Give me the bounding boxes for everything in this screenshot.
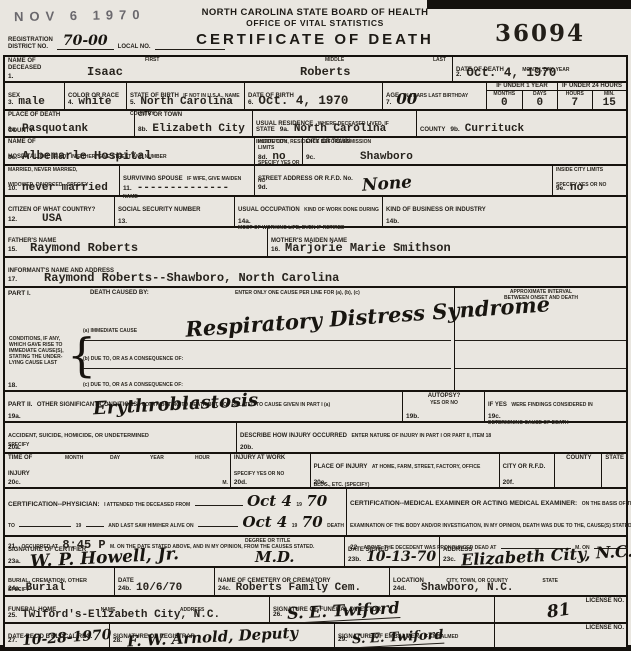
name-field-number: 1. bbox=[8, 73, 13, 80]
field-embalmer-license: LICENSE NO. bbox=[495, 624, 626, 647]
field-if-under-24-hours: IF UNDER 24 HOURS HOURS 7 MIN. 15 bbox=[558, 83, 626, 109]
field-funeral-director-signature: SIGNATURE OF FUNERAL DIRECTOR 26. S. E. … bbox=[270, 597, 495, 622]
alive-on-blank bbox=[198, 526, 238, 527]
field-date-received: DATE REC'D BY LOCAL REG. 27. 10-28-1970 bbox=[5, 624, 110, 647]
me-line-2: EXAMINATION OF THE BODY AND/OR INVESTIGA… bbox=[350, 514, 631, 532]
certificate-title: CERTIFICATE OF DEATH bbox=[150, 31, 480, 48]
row-hospital: NAME OF HOSPITAL OR IF NOT IN EITHER, GI… bbox=[5, 138, 626, 166]
autopsy-sublabel: YES OR NO bbox=[406, 400, 482, 406]
field-residence-state: USUAL RESIDENCE WHERE DECEASED LIVED. IF… bbox=[253, 111, 417, 136]
place-of-injury-label: PLACE OF INJURY bbox=[314, 464, 368, 470]
to-year-blank bbox=[86, 526, 104, 527]
one-cause-note: ENTER ONLY ONE CAUSE PER LINE FOR (a), (… bbox=[235, 290, 360, 296]
part2-number: 19a. bbox=[8, 413, 21, 420]
time-of-injury-label-2: INJURY bbox=[8, 471, 30, 477]
part1-number: 18. bbox=[8, 382, 17, 389]
name-label-2: DECEASED bbox=[8, 65, 450, 72]
field-age: AGE IN YEARS LAST BIRTHDAY 7. 00 bbox=[383, 83, 487, 109]
office-subtitle: OFFICE OF VITAL STATISTICS bbox=[150, 18, 480, 28]
conditions-brace bbox=[67, 328, 96, 382]
m-label: M. bbox=[222, 480, 228, 486]
field-citizen: CITIZEN OF WHAT COUNTRY? 12. USA bbox=[5, 197, 115, 226]
race-value: white bbox=[78, 96, 111, 108]
hours-cell: HOURS 7 bbox=[558, 91, 593, 109]
location-number: 24d. bbox=[393, 585, 406, 592]
hours-value: 7 bbox=[558, 97, 592, 109]
cemetery-value: Roberts Family Cem. bbox=[236, 582, 361, 594]
field-mother-name: MOTHER'S MAIDEN NAME 16. Marjorie Marie … bbox=[268, 228, 626, 256]
under-1-year-columns: MONTHS 0 DAYS 0 bbox=[487, 91, 557, 109]
field-residence-county: COUNTY 9b. Currituck bbox=[417, 111, 626, 136]
field-residence-city: CITY OR TOWN 9c. Shawboro bbox=[303, 138, 626, 164]
conditions-note: CONDITIONS, IF ANY, WHICH GAVE RISE TO I… bbox=[9, 336, 67, 366]
director-license-value: 81 bbox=[546, 599, 572, 622]
field-injury-county: COUNTY bbox=[555, 454, 602, 487]
accident-sublabel: SPECIFY bbox=[8, 442, 234, 448]
field-surviving-spouse: SURVIVING SPOUSE IF WIFE, GIVE MAIDEN NA… bbox=[120, 166, 255, 195]
min-cell: MIN. 15 bbox=[593, 91, 627, 109]
residence-county-label: COUNTY bbox=[420, 127, 445, 134]
registration-district-value: 70-00 bbox=[57, 33, 114, 50]
physician-line-1: CERTIFICATION--PHYSICIAN: I ATTENDED THE… bbox=[8, 492, 344, 511]
funeral-director-value: S. E. Twiford bbox=[287, 598, 401, 624]
part2-value: Erythroblastosis bbox=[93, 390, 259, 420]
death-caused-by-label: DEATH CAUSED BY: bbox=[90, 290, 149, 297]
field-time-of-injury: TIME OF INJURY MONTH DAY YEAR HOUR 20c. … bbox=[5, 454, 231, 487]
field-occupation: USUAL OCCUPATION KIND OF WORK DONE DURIN… bbox=[235, 197, 383, 226]
field-approximate-interval: APPROXIMATE INTERVAL BETWEEN ONSET AND D… bbox=[454, 288, 626, 390]
death-certificate-document: NOV 6 1970 REGISTRATION DISTRICT NO. 70-… bbox=[0, 0, 631, 651]
burial-date-value: 10/6/70 bbox=[136, 582, 182, 594]
attended-from-blank bbox=[195, 505, 243, 506]
interval-line-b bbox=[455, 368, 626, 369]
row-time-of-injury: TIME OF INJURY MONTH DAY YEAR HOUR 20c. … bbox=[5, 454, 626, 489]
field-date-of-death: DATE OF DEATH MONTH, DAY, YEAR 2. Oct. 4… bbox=[453, 57, 626, 81]
registrar-signature-number: 28. bbox=[113, 637, 122, 644]
alive-on-19: 19 bbox=[292, 523, 298, 529]
field-residence-inside-city-limits: INSIDE CITY LIMITS SPECIFY YES OR NO 9e.… bbox=[553, 166, 626, 195]
residence-city-label: CITY OR TOWN bbox=[306, 139, 624, 146]
alive-on-year: 70 bbox=[302, 513, 323, 531]
date-of-death-number: 2. bbox=[456, 71, 461, 78]
row-burial: BURIAL, CREMATION, OTHER SPECIFY 24a. Bu… bbox=[5, 568, 626, 597]
place-of-injury-number: 20e. bbox=[314, 479, 327, 486]
month-label: MONTH bbox=[65, 455, 83, 461]
field-autopsy-findings: IF YES WERE FINDINGS CONSIDERED IN DETER… bbox=[485, 392, 626, 421]
state-of-birth-number: 5. bbox=[130, 99, 135, 106]
age-value: 00 bbox=[396, 90, 417, 108]
row-citizen: CITIZEN OF WHAT COUNTRY? 12. USA SOCIAL … bbox=[5, 197, 626, 228]
due-to-b-line bbox=[83, 368, 451, 369]
sex-value: male bbox=[18, 96, 44, 108]
field-sex: SEX 3. male bbox=[5, 83, 65, 109]
field-injury-state: STATE bbox=[602, 454, 626, 487]
field-embalmer-signature: SIGNATURE OF EMBALMER IF EMBALMED 29. S.… bbox=[335, 624, 495, 647]
min-value: 15 bbox=[593, 97, 627, 109]
residence-county-number: 9b. bbox=[450, 126, 459, 133]
field-burial-location: LOCATION CITY, TOWN, OR COUNTY STATE 24d… bbox=[390, 568, 626, 595]
spouse-number: 11. bbox=[123, 185, 132, 192]
residence-icl-label: INSIDE CITY LIMITS bbox=[556, 167, 624, 173]
spouse-value: -------------- bbox=[137, 182, 229, 194]
certifier-address-number: 23c. bbox=[443, 556, 456, 563]
field-autopsy: AUTOPSY? YES OR NO 19b. bbox=[403, 392, 485, 421]
residence-icl-value: no bbox=[570, 182, 583, 194]
field-ssn: SOCIAL SECURITY NUMBER 13. bbox=[115, 197, 235, 226]
degree-value: M.D. bbox=[255, 548, 295, 566]
marital-number: 10. bbox=[8, 185, 17, 192]
degree-label: DEGREE OR TITLE bbox=[245, 538, 290, 544]
mother-name-value: Marjorie Marie Smithson bbox=[285, 241, 451, 255]
to-blank bbox=[19, 526, 71, 527]
injury-city-number: 20f. bbox=[503, 479, 514, 486]
informant-number: 17. bbox=[8, 276, 17, 283]
field-pod-city: CITY OR TOWN 8b. Elizabeth City bbox=[135, 111, 253, 136]
field-industry: KIND OF BUSINESS OR INDUSTRY 14b. bbox=[383, 197, 626, 226]
residence-icl-number: 9e. bbox=[556, 185, 565, 192]
attended-from-19: 19 bbox=[296, 502, 302, 508]
field-father-name: FATHER'S NAME 15. Raymond Roberts bbox=[5, 228, 268, 256]
field-marital-status: MARRIED, NEVER MARRIED, WIDOWED, DIVORCE… bbox=[5, 166, 120, 195]
certificate-form: NAME OF DECEASED FIRST MIDDLE LAST 1. Is… bbox=[3, 55, 628, 649]
field-hospital-inside-city-limits: INSIDE CITY LIMITS SPECIFY YES OR NO 8d.… bbox=[255, 138, 303, 164]
findings-label: IF YES bbox=[488, 402, 507, 408]
ssn-number: 13. bbox=[118, 218, 127, 225]
embalmer-signature-number: 29. bbox=[338, 636, 347, 643]
days-cell: DAYS 0 bbox=[523, 91, 558, 109]
occupation-label: USUAL OCCUPATION bbox=[238, 207, 300, 213]
row-certifier-signature: SIGNATURE OF CERTIFIER DEGREE OR TITLE 2… bbox=[5, 537, 626, 568]
field-director-license: LICENSE NO. 81 bbox=[495, 597, 626, 622]
date-of-birth-number: 6. bbox=[248, 99, 253, 106]
father-name-number: 15. bbox=[8, 246, 17, 253]
accident-label: ACCIDENT, SUICIDE, HOMICIDE, OR UNDETERM… bbox=[8, 433, 149, 439]
injury-at-work-sublabel: SPECIFY YES OR NO bbox=[234, 471, 284, 477]
field-cemetery: NAME OF CEMETERY OR CREMATORY 24c. Rober… bbox=[215, 568, 390, 595]
row-part2: PART II. OTHER SIGNIFICANT CONDITIONS CO… bbox=[5, 392, 626, 423]
industry-label: KIND OF BUSINESS OR INDUSTRY bbox=[386, 207, 486, 213]
field-date-of-birth: DATE OF BIRTH 6. Oct. 4, 1970 bbox=[245, 83, 383, 109]
ssn-label: SOCIAL SECURITY NUMBER bbox=[118, 207, 200, 213]
hospital-number: 8c. bbox=[8, 154, 17, 161]
certification-physician-label: CERTIFICATION--PHYSICIAN: bbox=[8, 501, 100, 508]
first-name-value: Isaac bbox=[87, 65, 123, 79]
hospital-icl-label: INSIDE CITY LIMITS bbox=[258, 139, 300, 151]
row-accident: ACCIDENT, SUICIDE, HOMICIDE, OR UNDETERM… bbox=[5, 423, 626, 454]
field-certifier-address: ADDRESS 23c. Elizabeth City, N.C. bbox=[440, 537, 626, 566]
months-cell: MONTHS 0 bbox=[487, 91, 523, 109]
attended-from-label: I ATTENDED THE DECEASED FROM bbox=[104, 502, 190, 508]
sex-number: 3. bbox=[8, 99, 13, 106]
day-label: DAY bbox=[110, 455, 120, 461]
field-burial-date: DATE 24b. 10/6/70 bbox=[115, 568, 215, 595]
age-number: 7. bbox=[386, 99, 391, 106]
field-state-of-birth: STATE OF BIRTH IF NOT IN U.S.A., NAME CO… bbox=[127, 83, 245, 109]
registration-label-line2: DISTRICT NO. bbox=[8, 44, 53, 51]
date-of-birth-value: Oct. 4, 1970 bbox=[258, 94, 348, 108]
describe-injury-number: 20b. bbox=[240, 444, 253, 451]
me-basis-label: ON THE BASIS OF THE bbox=[582, 501, 631, 507]
field-date-signed: DATE SIGNED 23b. 10-13-70 bbox=[345, 537, 440, 566]
hospital-label-1: NAME OF bbox=[8, 139, 252, 145]
part2-label: PART II. bbox=[8, 401, 32, 408]
pod-city-number: 8b. bbox=[138, 126, 147, 133]
cemetery-number: 24c. bbox=[218, 585, 231, 592]
certification-me-label: CERTIFICATION--MEDICAL EXAMINER OR ACTIN… bbox=[350, 500, 577, 507]
burial-number: 24a. bbox=[8, 585, 21, 592]
row-registrar: DATE REC'D BY LOCAL REG. 27. 10-28-1970 … bbox=[5, 624, 626, 647]
row-place-of-death: PLACE OF DEATH COUNTY 8a. Pasquotank CIT… bbox=[5, 111, 626, 138]
date-received-value: 10-28-1970 bbox=[22, 627, 112, 649]
registration-district-label: REGISTRATION DISTRICT NO. bbox=[8, 37, 53, 50]
field-place-of-injury: PLACE OF INJURY AT HOME, FARM, STREET, F… bbox=[311, 454, 500, 487]
residence-city-number: 9c. bbox=[306, 154, 315, 161]
field-certifier-signature: SIGNATURE OF CERTIFIER DEGREE OR TITLE 2… bbox=[5, 537, 345, 566]
street-address-number: 9d. bbox=[258, 184, 267, 191]
row-name: NAME OF DECEASED FIRST MIDDLE LAST 1. Is… bbox=[5, 57, 626, 83]
last-saw-label: AND LAST SAW HIM/HER ALIVE ON bbox=[108, 523, 193, 529]
father-name-value: Raymond Roberts bbox=[30, 241, 138, 255]
field-race: COLOR OR RACE 4. white bbox=[65, 83, 127, 109]
date-signed-number: 23b. bbox=[348, 556, 361, 563]
received-date-stamp: NOV 6 1970 bbox=[14, 7, 146, 24]
burial-value: Burial bbox=[26, 582, 66, 594]
under-24-hours-columns: HOURS 7 MIN. 15 bbox=[558, 91, 626, 109]
part1-label: PART I. bbox=[8, 290, 31, 297]
row-part1: PART I. DEATH CAUSED BY: ENTER ONLY ONE … bbox=[5, 288, 626, 392]
under-1-year-label: IF UNDER 1 YEAR bbox=[487, 83, 557, 91]
location-value: Shawboro, N.C. bbox=[421, 582, 513, 594]
to-19: 19 bbox=[76, 523, 82, 529]
me-line-1: CERTIFICATION--MEDICAL EXAMINER OR ACTIN… bbox=[350, 492, 631, 510]
immediate-cause-line bbox=[83, 340, 451, 341]
middle-column-label: MIDDLE bbox=[325, 57, 344, 63]
date-signed-value: 10-13-70 bbox=[366, 549, 436, 565]
header-center: NORTH CAROLINA STATE BOARD OF HEALTH OFF… bbox=[150, 7, 480, 48]
due-to-c-label: (c) DUE TO, OR AS A CONSEQUENCE OF: bbox=[83, 382, 183, 388]
citizen-number: 12. bbox=[8, 216, 17, 223]
injury-state-label: STATE bbox=[605, 455, 624, 462]
hospital-icl-value: no bbox=[272, 151, 285, 163]
informant-value: Raymond Roberts--Shawboro, North Carolin… bbox=[44, 271, 339, 285]
date-received-number: 27. bbox=[8, 637, 17, 644]
certifier-signature-number: 23a. bbox=[8, 558, 21, 565]
field-pod-county: PLACE OF DEATH COUNTY 8a. Pasquotank bbox=[5, 111, 135, 136]
pod-city-label: CITY OR TOWN bbox=[138, 112, 250, 119]
pod-county-value: Pasquotank bbox=[22, 123, 88, 135]
interval-label-2: BETWEEN ONSET AND DEATH bbox=[458, 295, 624, 301]
injury-at-work-label: INJURY AT WORK bbox=[234, 455, 308, 462]
injury-county-label: COUNTY bbox=[558, 455, 599, 462]
row-marital: MARRIED, NEVER MARRIED, WIDOWED, DIVORCE… bbox=[5, 166, 626, 197]
field-registrar-signature: SIGNATURE OF REGISTRAR 28. F. W. Arnold,… bbox=[110, 624, 335, 647]
embalmer-license-label: LICENSE NO. bbox=[498, 625, 624, 632]
row-parents: FATHER'S NAME 15. Raymond Roberts MOTHER… bbox=[5, 228, 626, 258]
industry-number: 14b. bbox=[386, 218, 399, 225]
me-text-label: EXAMINATION OF THE BODY AND/OR INVESTIGA… bbox=[350, 523, 631, 529]
row-certification: CERTIFICATION--PHYSICIAN: I ATTENDED THE… bbox=[5, 489, 626, 537]
last-column-label: LAST bbox=[433, 57, 446, 63]
local-no-label: LOCAL NO. bbox=[118, 44, 151, 51]
location-sublabel-2: STATE bbox=[542, 578, 558, 584]
marital-label-1: MARRIED, NEVER MARRIED, bbox=[8, 167, 117, 173]
injury-city-label: CITY OR R.F.D. bbox=[503, 464, 546, 470]
attended-from-year: 70 bbox=[306, 492, 327, 510]
attended-from-value: Oct 4 bbox=[247, 492, 292, 510]
residence-city-value: Shawboro bbox=[360, 151, 413, 163]
hour-label: HOUR bbox=[195, 455, 210, 461]
funeral-home-value: Twiford's-Elizabeth City, N.C. bbox=[22, 609, 220, 621]
field-certification-medical-examiner: CERTIFICATION--MEDICAL EXAMINER OR ACTIN… bbox=[347, 489, 631, 535]
occupation-number: 14a. bbox=[238, 218, 251, 225]
field-street-address: STREET ADDRESS OR R.F.D. No. 9d. None bbox=[255, 166, 553, 195]
conditions-note-5: LYING CAUSE LAST bbox=[9, 360, 67, 366]
due-to-b-label: (b) DUE TO, OR AS A CONSEQUENCE OF: bbox=[83, 356, 183, 362]
months-value: 0 bbox=[487, 97, 522, 109]
alive-on-value: Oct 4 bbox=[243, 513, 288, 531]
physician-line-2: TO 19 AND LAST SAW HIM/HER ALIVE ON Oct … bbox=[8, 513, 344, 532]
residence-state-number: 9a. bbox=[280, 126, 289, 133]
hospital-icl-number: 8d. bbox=[258, 154, 267, 161]
describe-injury-label: DESCRIBE HOW INJURY OCCURRED bbox=[240, 433, 347, 439]
field-hospital: NAME OF HOSPITAL OR IF NOT IN EITHER, GI… bbox=[5, 138, 255, 164]
field-part1-causes: PART I. DEATH CAUSED BY: ENTER ONLY ONE … bbox=[5, 288, 454, 390]
field-name-of-deceased: NAME OF DECEASED FIRST MIDDLE LAST 1. Is… bbox=[5, 57, 453, 81]
accident-number: 20a. bbox=[8, 444, 21, 451]
row-funeral-home: FUNERAL HOME NAME ADDRESS 25. Twiford's-… bbox=[5, 597, 626, 624]
street-address-value: None bbox=[362, 172, 413, 195]
year-label: YEAR bbox=[150, 455, 164, 461]
pod-city-value: Elizabeth City bbox=[152, 123, 244, 135]
hospital-value: Albemarle Hospital bbox=[22, 149, 152, 163]
field-describe-injury: DESCRIBE HOW INJURY OCCURRED ENTER NATUR… bbox=[237, 423, 626, 452]
days-value: 0 bbox=[523, 97, 558, 109]
burial-date-number: 24b. bbox=[118, 585, 131, 592]
residence-county-value: Currituck bbox=[465, 123, 524, 135]
field-funeral-home: FUNERAL HOME NAME ADDRESS 25. Twiford's-… bbox=[5, 597, 270, 622]
residence-state-value: North Carolina bbox=[294, 123, 386, 135]
registrar-signature-value: F. W. Arnold, Deputy bbox=[127, 624, 299, 651]
autopsy-number: 19b. bbox=[406, 413, 419, 420]
funeral-home-number: 25. bbox=[8, 612, 17, 619]
death-word: DEATH bbox=[327, 523, 344, 529]
citizen-value: USA bbox=[42, 213, 62, 225]
field-informant: INFORMANT'S NAME AND ADDRESS 17. Raymond… bbox=[5, 258, 626, 286]
mother-name-number: 16. bbox=[271, 246, 280, 253]
to-label: TO bbox=[8, 523, 15, 529]
time-of-injury-number: 20c. bbox=[8, 479, 21, 486]
certificate-number: 36094 bbox=[495, 20, 585, 47]
residence-state-label: STATE bbox=[256, 127, 275, 134]
field-burial-type: BURIAL, CREMATION, OTHER SPECIFY 24a. Bu… bbox=[5, 568, 115, 595]
place-of-death-label: PLACE OF DEATH bbox=[8, 112, 132, 119]
row-vital-stats: SEX 3. male COLOR OR RACE 4. white STATE… bbox=[5, 83, 626, 111]
date-of-death-value: Oct. 4, 1970 bbox=[466, 66, 556, 80]
pod-county-number: 8a. bbox=[8, 126, 17, 133]
board-of-health-title: NORTH CAROLINA STATE BOARD OF HEALTH bbox=[150, 7, 480, 18]
registration-label-line1: REGISTRATION bbox=[8, 37, 53, 44]
first-column-label: FIRST bbox=[145, 57, 159, 63]
race-number: 4. bbox=[68, 99, 73, 106]
field-certification-physician: CERTIFICATION--PHYSICIAN: I ATTENDED THE… bbox=[5, 489, 347, 535]
row-informant: INFORMANT'S NAME AND ADDRESS 17. Raymond… bbox=[5, 258, 626, 288]
funeral-director-number: 26. bbox=[273, 611, 282, 618]
state-of-birth-value: North Carolina bbox=[140, 96, 232, 108]
embalmer-signature-value: S. E. Twiford bbox=[352, 628, 444, 649]
describe-injury-sublabel: ENTER NATURE OF INJURY IN PART I OR PART… bbox=[351, 433, 491, 439]
marital-value: never married bbox=[22, 182, 108, 194]
field-injury-city: CITY OR R.F.D. 20f. bbox=[500, 454, 556, 487]
field-if-under-1-year: IF UNDER 1 YEAR MONTHS 0 DAYS 0 bbox=[487, 83, 558, 109]
field-part2-conditions: PART II. OTHER SIGNIFICANT CONDITIONS CO… bbox=[5, 392, 403, 421]
last-name-value: Roberts bbox=[300, 65, 350, 79]
field-injury-at-work: INJURY AT WORK SPECIFY YES OR NO 20d. bbox=[231, 454, 311, 487]
findings-number: 19c. bbox=[488, 413, 501, 420]
under-24-hours-label: IF UNDER 24 HOURS bbox=[558, 83, 626, 91]
certifier-address-value: Elizabeth City, N.C. bbox=[460, 542, 631, 570]
injury-at-work-number: 20d. bbox=[234, 479, 247, 486]
local-no-blank bbox=[155, 49, 225, 50]
field-accident-type: ACCIDENT, SUICIDE, HOMICIDE, OR UNDETERM… bbox=[5, 423, 237, 452]
interval-line-a bbox=[455, 340, 626, 341]
